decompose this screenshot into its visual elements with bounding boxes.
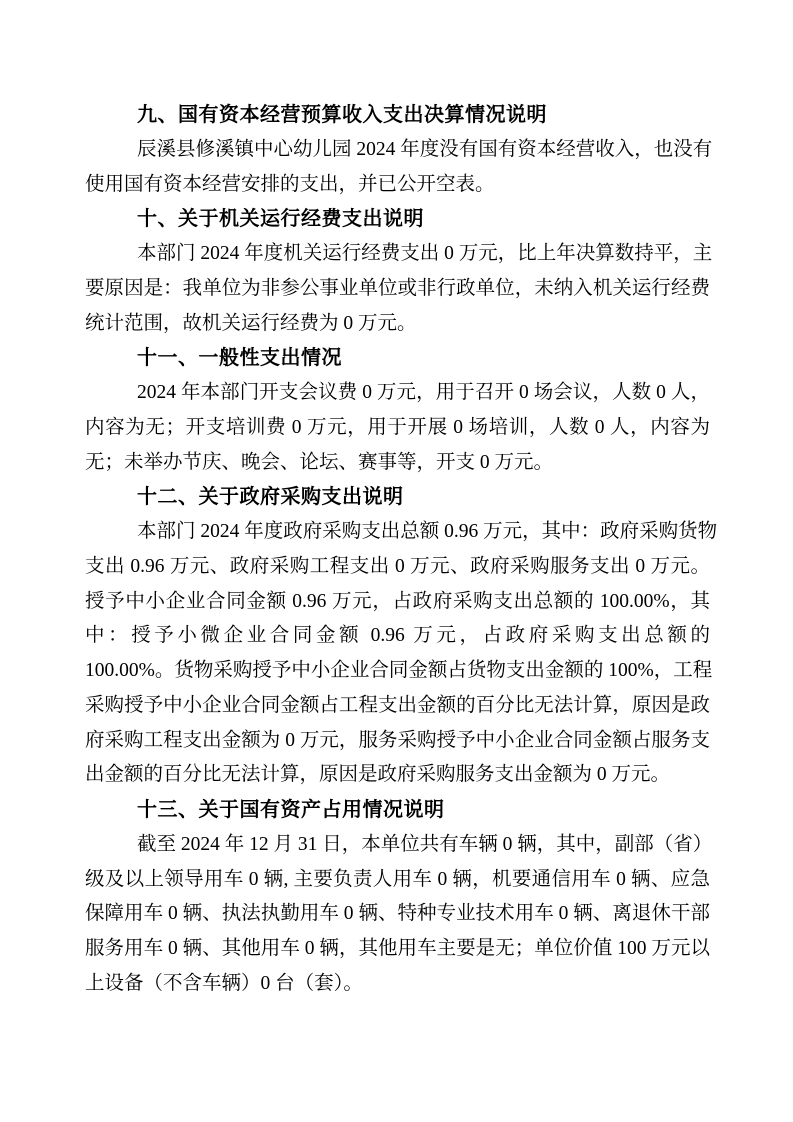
section-heading-12: 十二、关于政府采购支出说明 (85, 480, 710, 515)
section-heading-9: 九、国有资本经营预算收入支出决算情况说明 (85, 98, 710, 133)
document-page: 九、国有资本经营预算收入支出决算情况说明 辰溪县修溪镇中心幼儿园 2024 年度… (0, 0, 793, 1122)
document-content: 九、国有资本经营预算收入支出决算情况说明 辰溪县修溪镇中心幼儿园 2024 年度… (85, 98, 710, 1002)
paragraph-line: 要原因是：我单位为非参公事业单位或非行政单位，未纳入机关运行经费 (85, 272, 710, 307)
paragraph-line: 服务用车 0 辆、其他用车 0 辆，其他用车主要是无；单位价值 100 万元以 (85, 932, 710, 967)
paragraph-line: 采购授予中小企业合同金额占工程支出金额的百分比无法计算，原因是政 (85, 689, 710, 724)
paragraph-line: 截至 2024 年 12 月 31 日，本单位共有车辆 0 辆，其中，副部（省） (85, 828, 710, 863)
paragraph-line: 统计范围，故机关运行经费为 0 万元。 (85, 307, 710, 342)
paragraph-line: 内容为无；开支培训费 0 万元，用于开展 0 场培训，人数 0 人，内容为 (85, 411, 710, 446)
paragraph-line: 无；未举办节庆、晚会、论坛、赛事等，开支 0 万元。 (85, 446, 710, 481)
paragraph-line: 100.00%。货物采购授予中小企业合同金额占货物支出金额的 100%，工程 (85, 654, 710, 689)
paragraph-line: 辰溪县修溪镇中心幼儿园 2024 年度没有国有资本经营收入，也没有 (85, 133, 710, 168)
paragraph-line: 使用国有资本经营安排的支出，并已公开空表。 (85, 168, 710, 203)
paragraph-line: 授予中小企业合同金额 0.96 万元，占政府采购支出总额的 100.00%，其 (85, 585, 710, 620)
paragraph-line: 2024 年本部门开支会议费 0 万元，用于召开 0 场会议，人数 0 人， (85, 376, 710, 411)
paragraph-line: 本部门 2024 年度政府采购支出总额 0.96 万元，其中：政府采购货物 (85, 515, 710, 550)
paragraph-line: 本部门 2024 年度机关运行经费支出 0 万元，比上年决算数持平，主 (85, 237, 710, 272)
section-heading-11: 十一、一般性支出情况 (85, 341, 710, 376)
paragraph-line: 府采购工程支出金额为 0 万元，服务采购授予中小企业合同金额占服务支 (85, 724, 710, 759)
paragraph-line: 保障用车 0 辆、执法执勤用车 0 辆、特种专业技术用车 0 辆、离退休干部 (85, 897, 710, 932)
section-heading-13: 十三、关于国有资产占用情况说明 (85, 793, 710, 828)
paragraph-line: 级及以上领导用车 0 辆, 主要负责人用车 0 辆，机要通信用车 0 辆、应急 (85, 863, 710, 898)
paragraph-line: 出金额的百分比无法计算，原因是政府采购服务支出金额为 0 万元。 (85, 758, 710, 793)
paragraph-line: 上设备（不含车辆）0 台（套）。 (85, 967, 710, 1002)
paragraph-line: 支出 0.96 万元、政府采购工程支出 0 万元、政府采购服务支出 0 万元。 (85, 550, 710, 585)
paragraph-line: 中：授予小微企业合同金额 0.96 万元，占政府采购支出总额的 (85, 619, 710, 654)
section-heading-10: 十、关于机关运行经费支出说明 (85, 202, 710, 237)
